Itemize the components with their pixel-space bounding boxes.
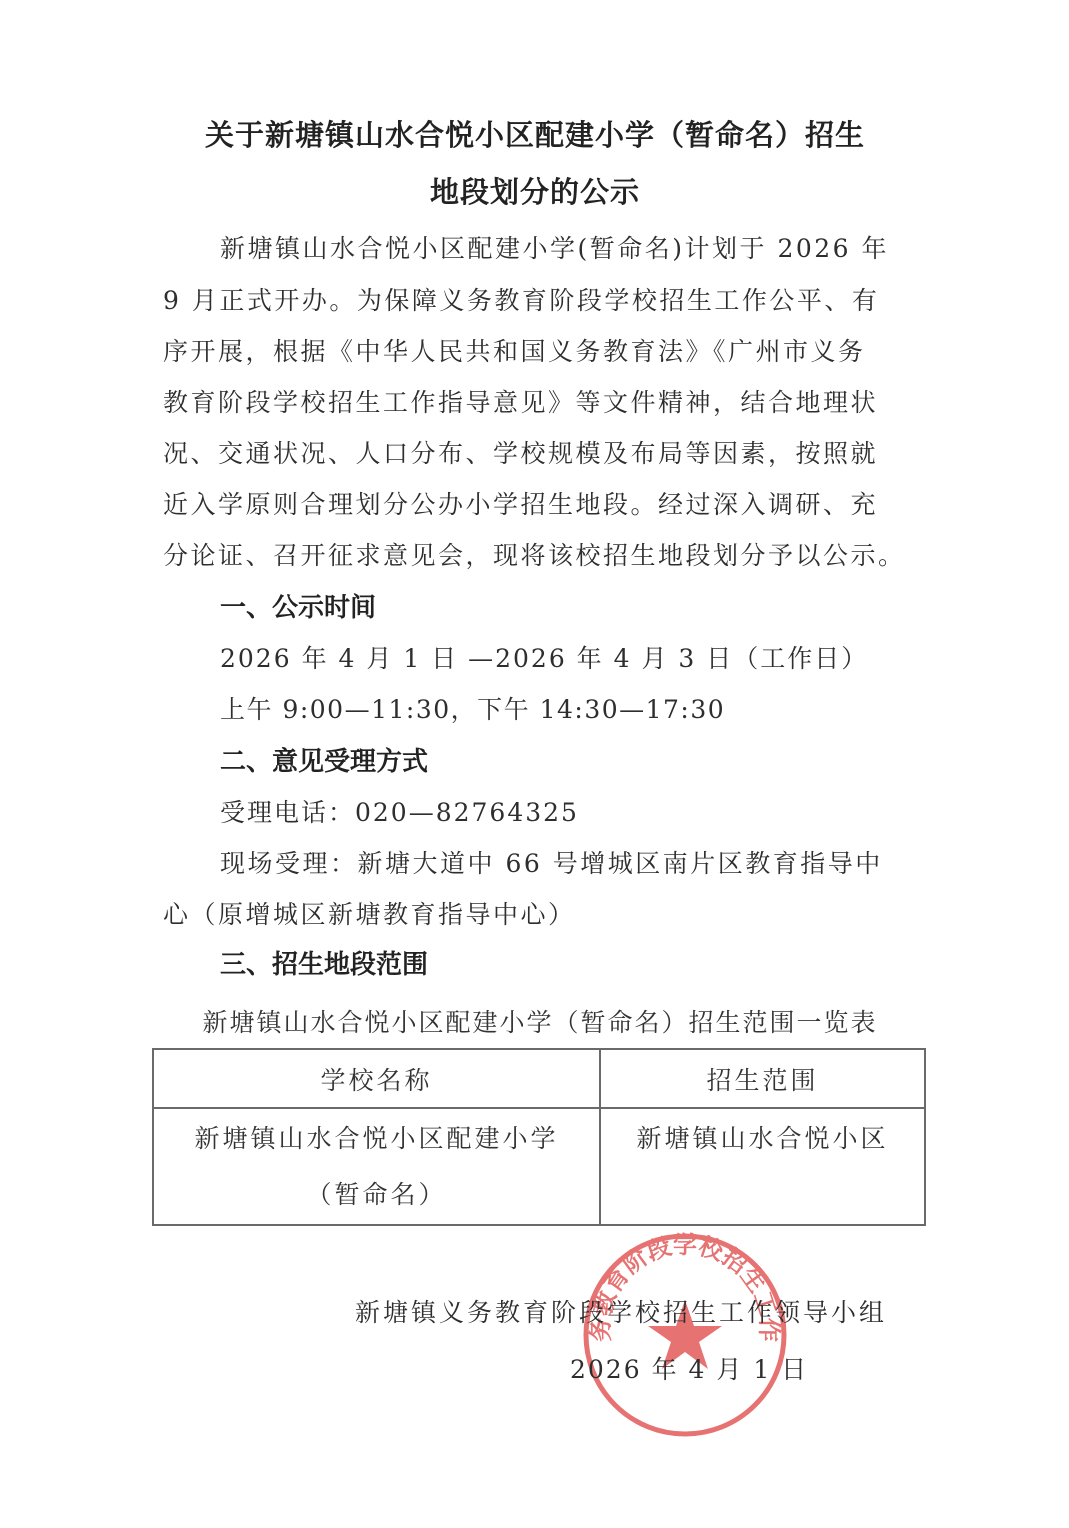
intro-line: 9 月正式开办。为保障义务教育阶段学校招生工作公平、有 bbox=[163, 284, 913, 318]
onsite-address-line2: 心（原增城区新塘教育指导中心） bbox=[163, 898, 913, 932]
enrollment-range-table: 学校名称 招生范围 新塘镇山水合悦小区配建小学 （暂命名） 新塘镇山水合悦小区 bbox=[152, 1048, 926, 1226]
school-name-line2: （暂命名） bbox=[155, 1167, 598, 1223]
section3-heading: 三、招生地段范围 bbox=[220, 948, 428, 982]
signing-date: 2026 年 4 月 1 日 bbox=[570, 1350, 808, 1386]
notice-hours: 上午 9:00—11:30，下午 14:30—17:30 bbox=[220, 693, 970, 727]
table-row: 新塘镇山水合悦小区配建小学 （暂命名） 新塘镇山水合悦小区 bbox=[153, 1108, 925, 1225]
document-title-line2: 地段划分的公示 bbox=[150, 170, 920, 211]
intro-line: 新塘镇山水合悦小区配建小学(暂命名)计划于 2026 年 bbox=[220, 232, 970, 266]
table-header-row: 学校名称 招生范围 bbox=[153, 1049, 925, 1108]
intro-line: 序开展，根据《中华人民共和国义务教育法》《广州市义务 bbox=[163, 335, 913, 369]
cell-school-name: 新塘镇山水合悦小区配建小学 （暂命名） bbox=[153, 1108, 600, 1225]
intro-line: 教育阶段学校招生工作指导意见》等文件精神，结合地理状 bbox=[163, 386, 913, 420]
intro-line: 况、交通状况、人口分布、学校规模及布局等因素，按照就 bbox=[163, 437, 913, 471]
official-seal-icon: 新塘镇义务教育阶段学校招生工作领导小组 bbox=[582, 1232, 788, 1438]
onsite-address-line1: 现场受理：新塘大道中 66 号增城区南片区教育指导中 bbox=[220, 847, 970, 881]
notice-date-range: 2026 年 4 月 1 日 —2026 年 4 月 3 日（工作日） bbox=[220, 642, 970, 676]
column-header-school-name: 学校名称 bbox=[153, 1049, 600, 1108]
column-header-enrollment-range: 招生范围 bbox=[600, 1049, 925, 1108]
document-title-line1: 关于新塘镇山水合悦小区配建小学（暂命名）招生 bbox=[150, 113, 920, 154]
intro-line: 近入学原则合理划分公办小学招生地段。经过深入调研、充 bbox=[163, 488, 913, 522]
signing-organization: 新塘镇义务教育阶段学校招生工作领导小组 bbox=[355, 1293, 887, 1329]
notice-page: 关于新塘镇山水合悦小区配建小学（暂命名）招生 地段划分的公示 新塘镇山水合悦小区… bbox=[0, 0, 1069, 1528]
table-caption: 新塘镇山水合悦小区配建小学（暂命名）招生范围一览表 bbox=[150, 1003, 930, 1039]
section2-heading: 二、意见受理方式 bbox=[220, 745, 428, 779]
contact-phone: 受理电话：020—82764325 bbox=[220, 796, 970, 830]
intro-line: 分论证、召开征求意见会，现将该校招生地段划分予以公示。 bbox=[163, 539, 913, 573]
school-name-line1: 新塘镇山水合悦小区配建小学 bbox=[155, 1111, 598, 1167]
cell-enrollment-range: 新塘镇山水合悦小区 bbox=[600, 1108, 925, 1225]
enrollment-range-value: 新塘镇山水合悦小区 bbox=[602, 1111, 923, 1167]
section1-heading: 一、公示时间 bbox=[220, 591, 376, 625]
